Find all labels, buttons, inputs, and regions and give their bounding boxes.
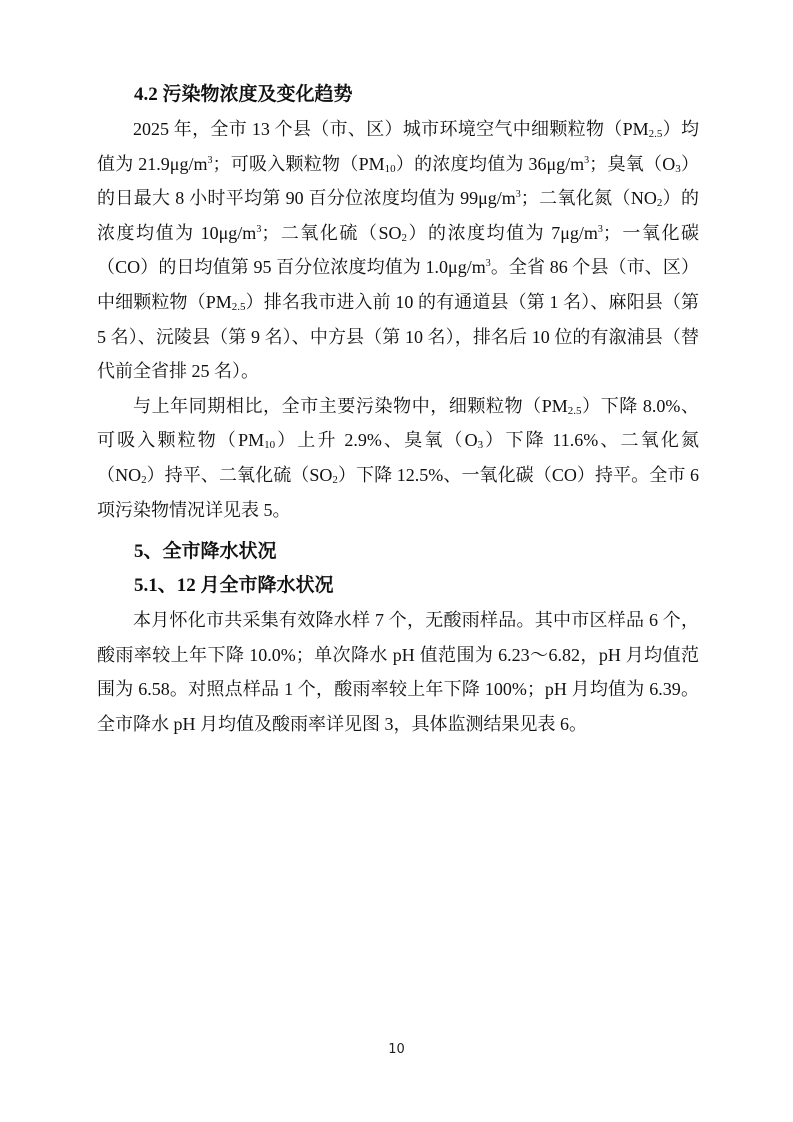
page-number: 10	[0, 1042, 793, 1057]
document-page: 4.2 污染物浓度及变化趋势 2025 年，全市 13 个县（市、区）城市环境空…	[97, 78, 699, 742]
section-heading-5-1: 5.1、12 月全市降水状况	[97, 569, 699, 603]
section-heading-4-2: 4.2 污染物浓度及变化趋势	[97, 78, 699, 112]
paragraph-year-over-year-change: 与上年同期相比，全市主要污染物中，细颗粒物（PM2.5）下降 8.0%、可吸入颗…	[97, 389, 699, 527]
section-heading-5: 5、全市降水状况	[97, 535, 699, 569]
paragraph-pollutant-concentrations: 2025 年，全市 13 个县（市、区）城市环境空气中细颗粒物（PM2.5）均值…	[97, 112, 699, 389]
paragraph-precipitation-status: 本月怀化市共采集有效降水样 7 个，无酸雨样品。其中市区样品 6 个，酸雨率较上…	[97, 603, 699, 741]
